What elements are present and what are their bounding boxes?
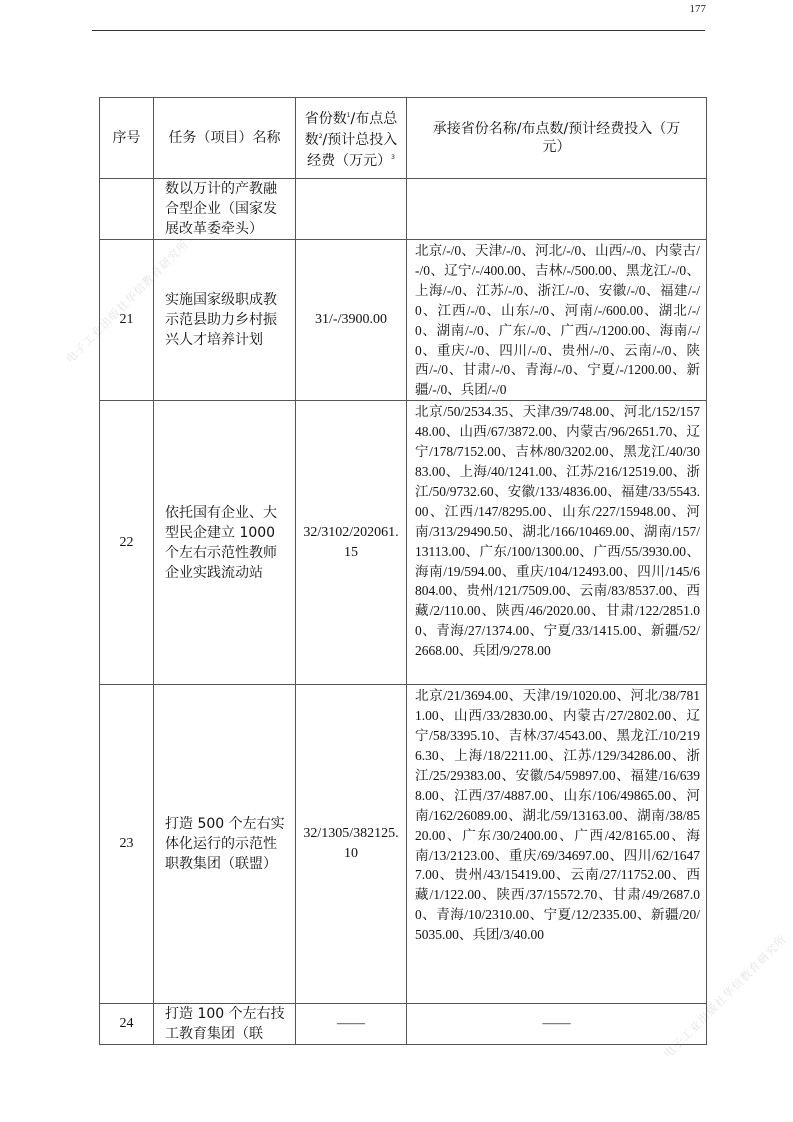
cell-provinces: 北京/21/3694.00、天津/19/1020.00、河北/38/7811.0… <box>407 685 707 1004</box>
cell-provinces <box>407 179 707 240</box>
footnote-3: 3 <box>391 154 395 161</box>
cell-no: 22 <box>100 401 154 685</box>
task-table: 序号 任务（项目）名称 省份数1/布点总数2/预计总投入经费（万元）3 承接省份… <box>99 97 707 1045</box>
cell-task: 实施国家级职成教示范县助力乡村振兴人才培养计划 <box>154 240 296 401</box>
cell-total <box>296 179 407 240</box>
cell-total: —— <box>296 1004 407 1045</box>
header-total: 省份数1/布点总数2/预计总投入经费（万元）3 <box>296 98 407 179</box>
table-row: 22 依托国有企业、大型民企建立 1000 个左右示范性教师企业实践流动站 32… <box>100 401 707 685</box>
table-row: 数以万计的产教融合型企业（国家发展改革委牵头） <box>100 179 707 240</box>
header-no: 序号 <box>100 98 154 179</box>
table-row: 24 打造 100 个左右技工教育集团（联 —— —— <box>100 1004 707 1045</box>
cell-task: 打造 100 个左右技工教育集团（联 <box>154 1004 296 1045</box>
cell-no: 24 <box>100 1004 154 1045</box>
table-header-row: 序号 任务（项目）名称 省份数1/布点总数2/预计总投入经费（万元）3 承接省份… <box>100 98 707 179</box>
header-total-part: 省份数 <box>305 111 347 127</box>
cell-no: 23 <box>100 685 154 1004</box>
page-number: 177 <box>676 3 706 15</box>
cell-provinces: 北京/50/2534.35、天津/39/748.00、河北/152/15748.… <box>407 401 707 685</box>
cell-no <box>100 179 154 240</box>
header-rule <box>92 30 705 31</box>
cell-provinces: —— <box>407 1004 707 1045</box>
cell-task: 数以万计的产教融合型企业（国家发展改革委牵头） <box>154 179 296 240</box>
cell-total: 31/-/3900.00 <box>296 240 407 401</box>
table-row: 23 打造 500 个左右实体化运行的示范性职教集团（联盟） 32/1305/3… <box>100 685 707 1004</box>
cell-task: 打造 500 个左右实体化运行的示范性职教集团（联盟） <box>154 685 296 1004</box>
cell-provinces: 北京/-/0、天津/-/0、河北/-/0、山西/-/0、内蒙古/-/0、辽宁/-… <box>407 240 707 401</box>
cell-no: 21 <box>100 240 154 401</box>
table-row: 21 实施国家级职成教示范县助力乡村振兴人才培养计划 31/-/3900.00 … <box>100 240 707 401</box>
cell-total: 32/1305/382125.10 <box>296 685 407 1004</box>
header-provinces: 承接省份名称/布点数/预计经费投入（万元） <box>407 98 707 179</box>
header-task: 任务（项目）名称 <box>154 98 296 179</box>
cell-task: 依托国有企业、大型民企建立 1000 个左右示范性教师企业实践流动站 <box>154 401 296 685</box>
cell-total: 32/3102/202061.15 <box>296 401 407 685</box>
